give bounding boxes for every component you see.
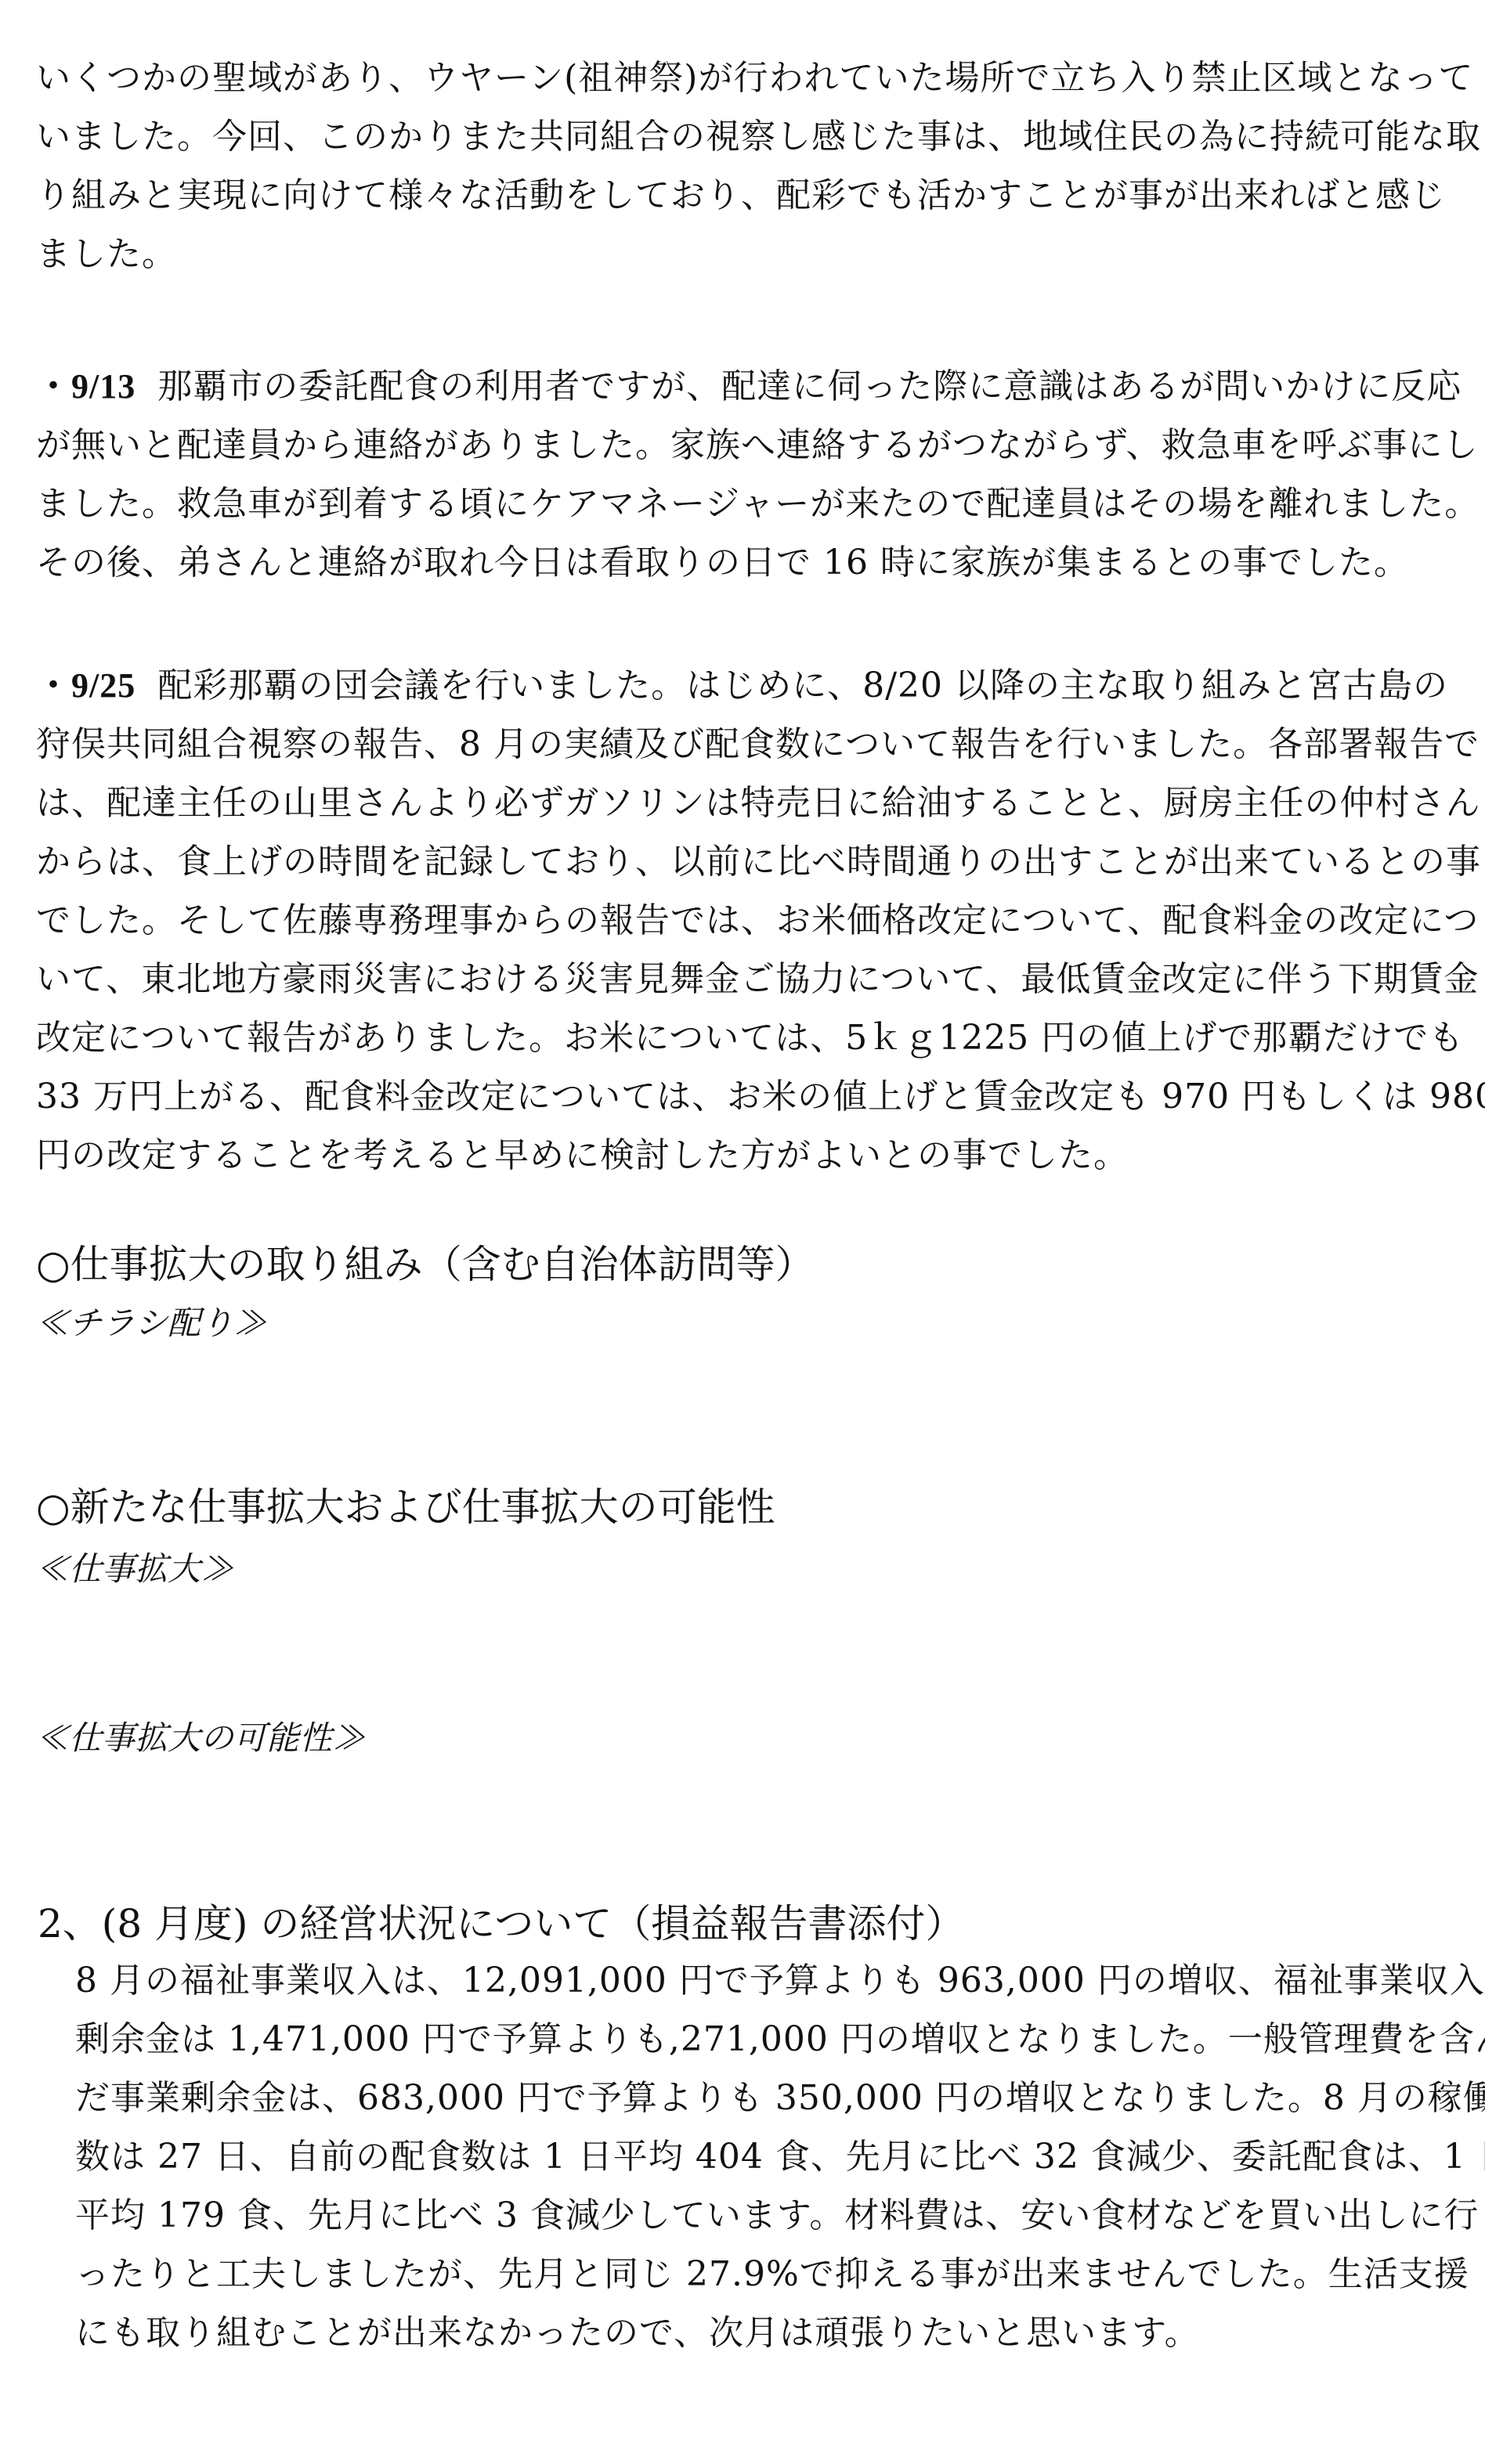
text-line: いて、東北地方豪雨災害における災害見舞金ご協力について、最低賃金改定に伴う下期賃…	[36, 950, 1438, 1008]
intro-paragraph: いくつかの聖域があり、ウヤーン(祖神祭)が行われていた場所で立ち入り禁止区域とな…	[36, 49, 1438, 283]
subheading-flyer-distribution: ≪チラシ配り≫	[36, 1301, 266, 1345]
text-line: は、配達主任の山里さんより必ずガソリンは特売日に給油することと、厨房主任の仲村さ…	[36, 774, 1438, 832]
text-line: ました。救急車が到着する頃にケアマネージャーが来たので配達員はその場を離れました…	[36, 474, 1438, 533]
entry-9-13: ・9/13那覇市の委託配食の利用者ですが、配達に伺った際に意識はあるが問いかけに…	[36, 357, 1438, 592]
text-line: ったりと工夫しましたが、先月と同じ 27.9%で抑える事が出来ませんでした。生活…	[75, 2245, 1442, 2303]
text-line: 狩俣共同組合視察の報告、8 月の実績及び配食数について報告を行いました。各部署報…	[36, 715, 1438, 774]
subheading-expansion-possibility: ≪仕事拡大の可能性≫	[36, 1716, 365, 1760]
text-line: その後、弟さんと連絡が取れ今日は看取りの日で 16 時に家族が集まるとの事でした…	[36, 533, 1438, 592]
text-line: 8 月の福祉事業収入は、12,091,000 円で予算よりも 963,000 円…	[75, 1951, 1442, 2010]
text-line: ・9/13那覇市の委託配食の利用者ですが、配達に伺った際に意識はあるが問いかけに…	[36, 357, 1438, 416]
entry-text: 配彩那覇の団会議を行いました。はじめに、8/20 以降の主な取り組みと宮古島の	[157, 666, 1448, 705]
subheading-work-expansion: ≪仕事拡大≫	[36, 1547, 233, 1591]
text-line: 剰余金は 1,471,000 円で予算よりも,271,000 円の増収となりまし…	[75, 2010, 1442, 2069]
section2-paragraph: 8 月の福祉事業収入は、12,091,000 円で予算よりも 963,000 円…	[75, 1951, 1442, 2362]
entry-date: ・9/13	[36, 367, 135, 406]
entry-9-25: ・9/25配彩那覇の団会議を行いました。はじめに、8/20 以降の主な取り組みと…	[36, 656, 1438, 1185]
section2-title: 2、(8 月度) の経営状況について（損益報告書添付）	[38, 1899, 964, 1949]
text-line: いました。今回、このかりまた共同組合の視察し感じた事は、地域住民の為に持続可能な…	[36, 107, 1438, 166]
text-line: 円の改定することを考えると早めに検討した方がよいとの事でした。	[36, 1126, 1438, 1185]
section-heading-work-expansion: ○仕事拡大の取り組み（含む自治体訪問等）	[36, 1239, 815, 1290]
text-line: 改定について報告がありました。お米については、5ｋｇ1225 円の値上げで那覇だ…	[36, 1008, 1438, 1067]
text-line: り組みと実現に向けて様々な活動をしており、配彩でも活かすことが事が出来ればと感じ	[36, 166, 1438, 225]
text-line: にも取り組むことが出来なかったので、次月は頑張りたいと思います。	[75, 2303, 1442, 2362]
text-line: ・9/25配彩那覇の団会議を行いました。はじめに、8/20 以降の主な取り組みと…	[36, 656, 1438, 715]
entry-text: 那覇市の委託配食の利用者ですが、配達に伺った際に意識はあるが問いかけに反応	[157, 366, 1462, 406]
document-page: いくつかの聖域があり、ウヤーン(祖神祭)が行われていた場所で立ち入り禁止区域とな…	[0, 0, 1485, 2464]
text-line: だ事業剰余金は、683,000 円で予算よりも 350,000 円の増収となりま…	[75, 2069, 1442, 2127]
text-line: いくつかの聖域があり、ウヤーン(祖神祭)が行われていた場所で立ち入り禁止区域とな…	[36, 49, 1438, 107]
entry-date: ・9/25	[36, 666, 135, 705]
text-line: 平均 179 食、先月に比べ 3 食減少しています。材料費は、安い食材などを買い…	[75, 2186, 1442, 2245]
text-line: でした。そして佐藤専務理事からの報告では、お米価格改定について、配食料金の改定に…	[36, 891, 1438, 950]
section-heading-new-expansion: ○新たな仕事拡大および仕事拡大の可能性	[36, 1482, 775, 1532]
text-line: ました。	[36, 225, 1438, 283]
text-line: 33 万円上がる、配食料金改定については、お米の値上げと賃金改定も 970 円も…	[36, 1067, 1438, 1126]
text-line: が無いと配達員から連絡がありました。家族へ連絡するがつながらず、救急車を呼ぶ事に…	[36, 416, 1438, 474]
text-line: からは、食上げの時間を記録しており、以前に比べ時間通りの出すことが出来ているとの…	[36, 832, 1438, 891]
text-line: 数は 27 日、自前の配食数は 1 日平均 404 食、先月に比べ 32 食減少…	[75, 2127, 1442, 2186]
